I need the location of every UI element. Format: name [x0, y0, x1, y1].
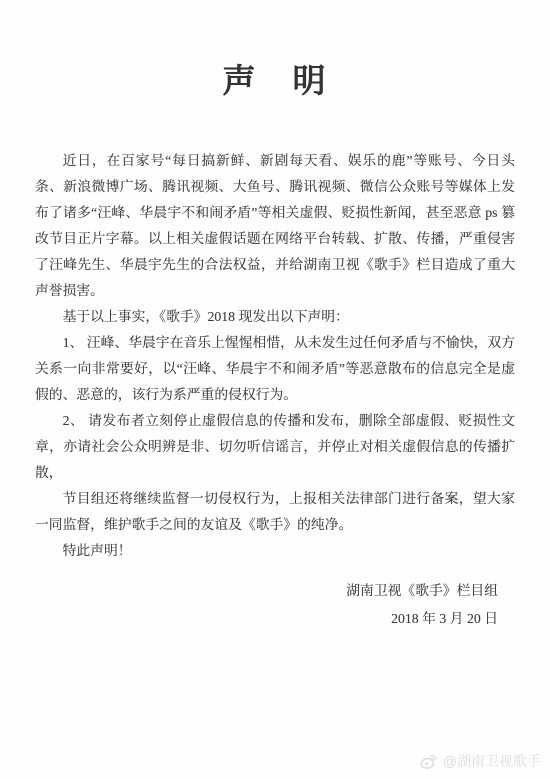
document-body: 近日，在百家号“每日搞新鲜、新剧每天看、娱乐的鹿”等账号、今日头条、新浪微博广场… — [35, 148, 515, 564]
statement-document: 声 明 近日，在百家号“每日搞新鲜、新剧每天看、娱乐的鹿”等账号、今日头条、新浪… — [0, 0, 550, 779]
signature-organization: 湖南卫视《歌手》栏目组 — [0, 577, 498, 605]
paragraph-point-2: 2、 请发布者立刻停止虚假信息的传播和发布，删除全部虚假、贬损性文章，亦请社会公… — [35, 408, 515, 486]
paragraph-intro: 近日，在百家号“每日搞新鲜、新剧每天看、娱乐的鹿”等账号、今日头条、新浪微博广场… — [35, 148, 515, 304]
paragraph-point-1: 1、 汪峰、华晨宇在音乐上惺惺相惜，从未发生过任何矛盾与不愉快，双方关系一向非常… — [35, 330, 515, 408]
paragraph-basis: 基于以上事实，《歌手》2018 现发出以下声明： — [35, 304, 515, 330]
paragraph-closing: 特此声明！ — [35, 538, 515, 564]
document-title: 声 明 — [0, 0, 550, 104]
signature-date: 2018 年 3 月 20 日 — [0, 605, 498, 633]
watermark: @湖南卫视歌手 — [419, 751, 541, 771]
watermark-text: @湖南卫视歌手 — [443, 751, 541, 771]
paragraph-supervision: 节目组还将继续监督一切侵权行为，上报相关法律部门进行备案，望大家一同监督，维护歌… — [35, 486, 515, 538]
signature-block: 湖南卫视《歌手》栏目组 2018 年 3 月 20 日 — [0, 577, 498, 633]
weibo-icon — [419, 753, 439, 770]
